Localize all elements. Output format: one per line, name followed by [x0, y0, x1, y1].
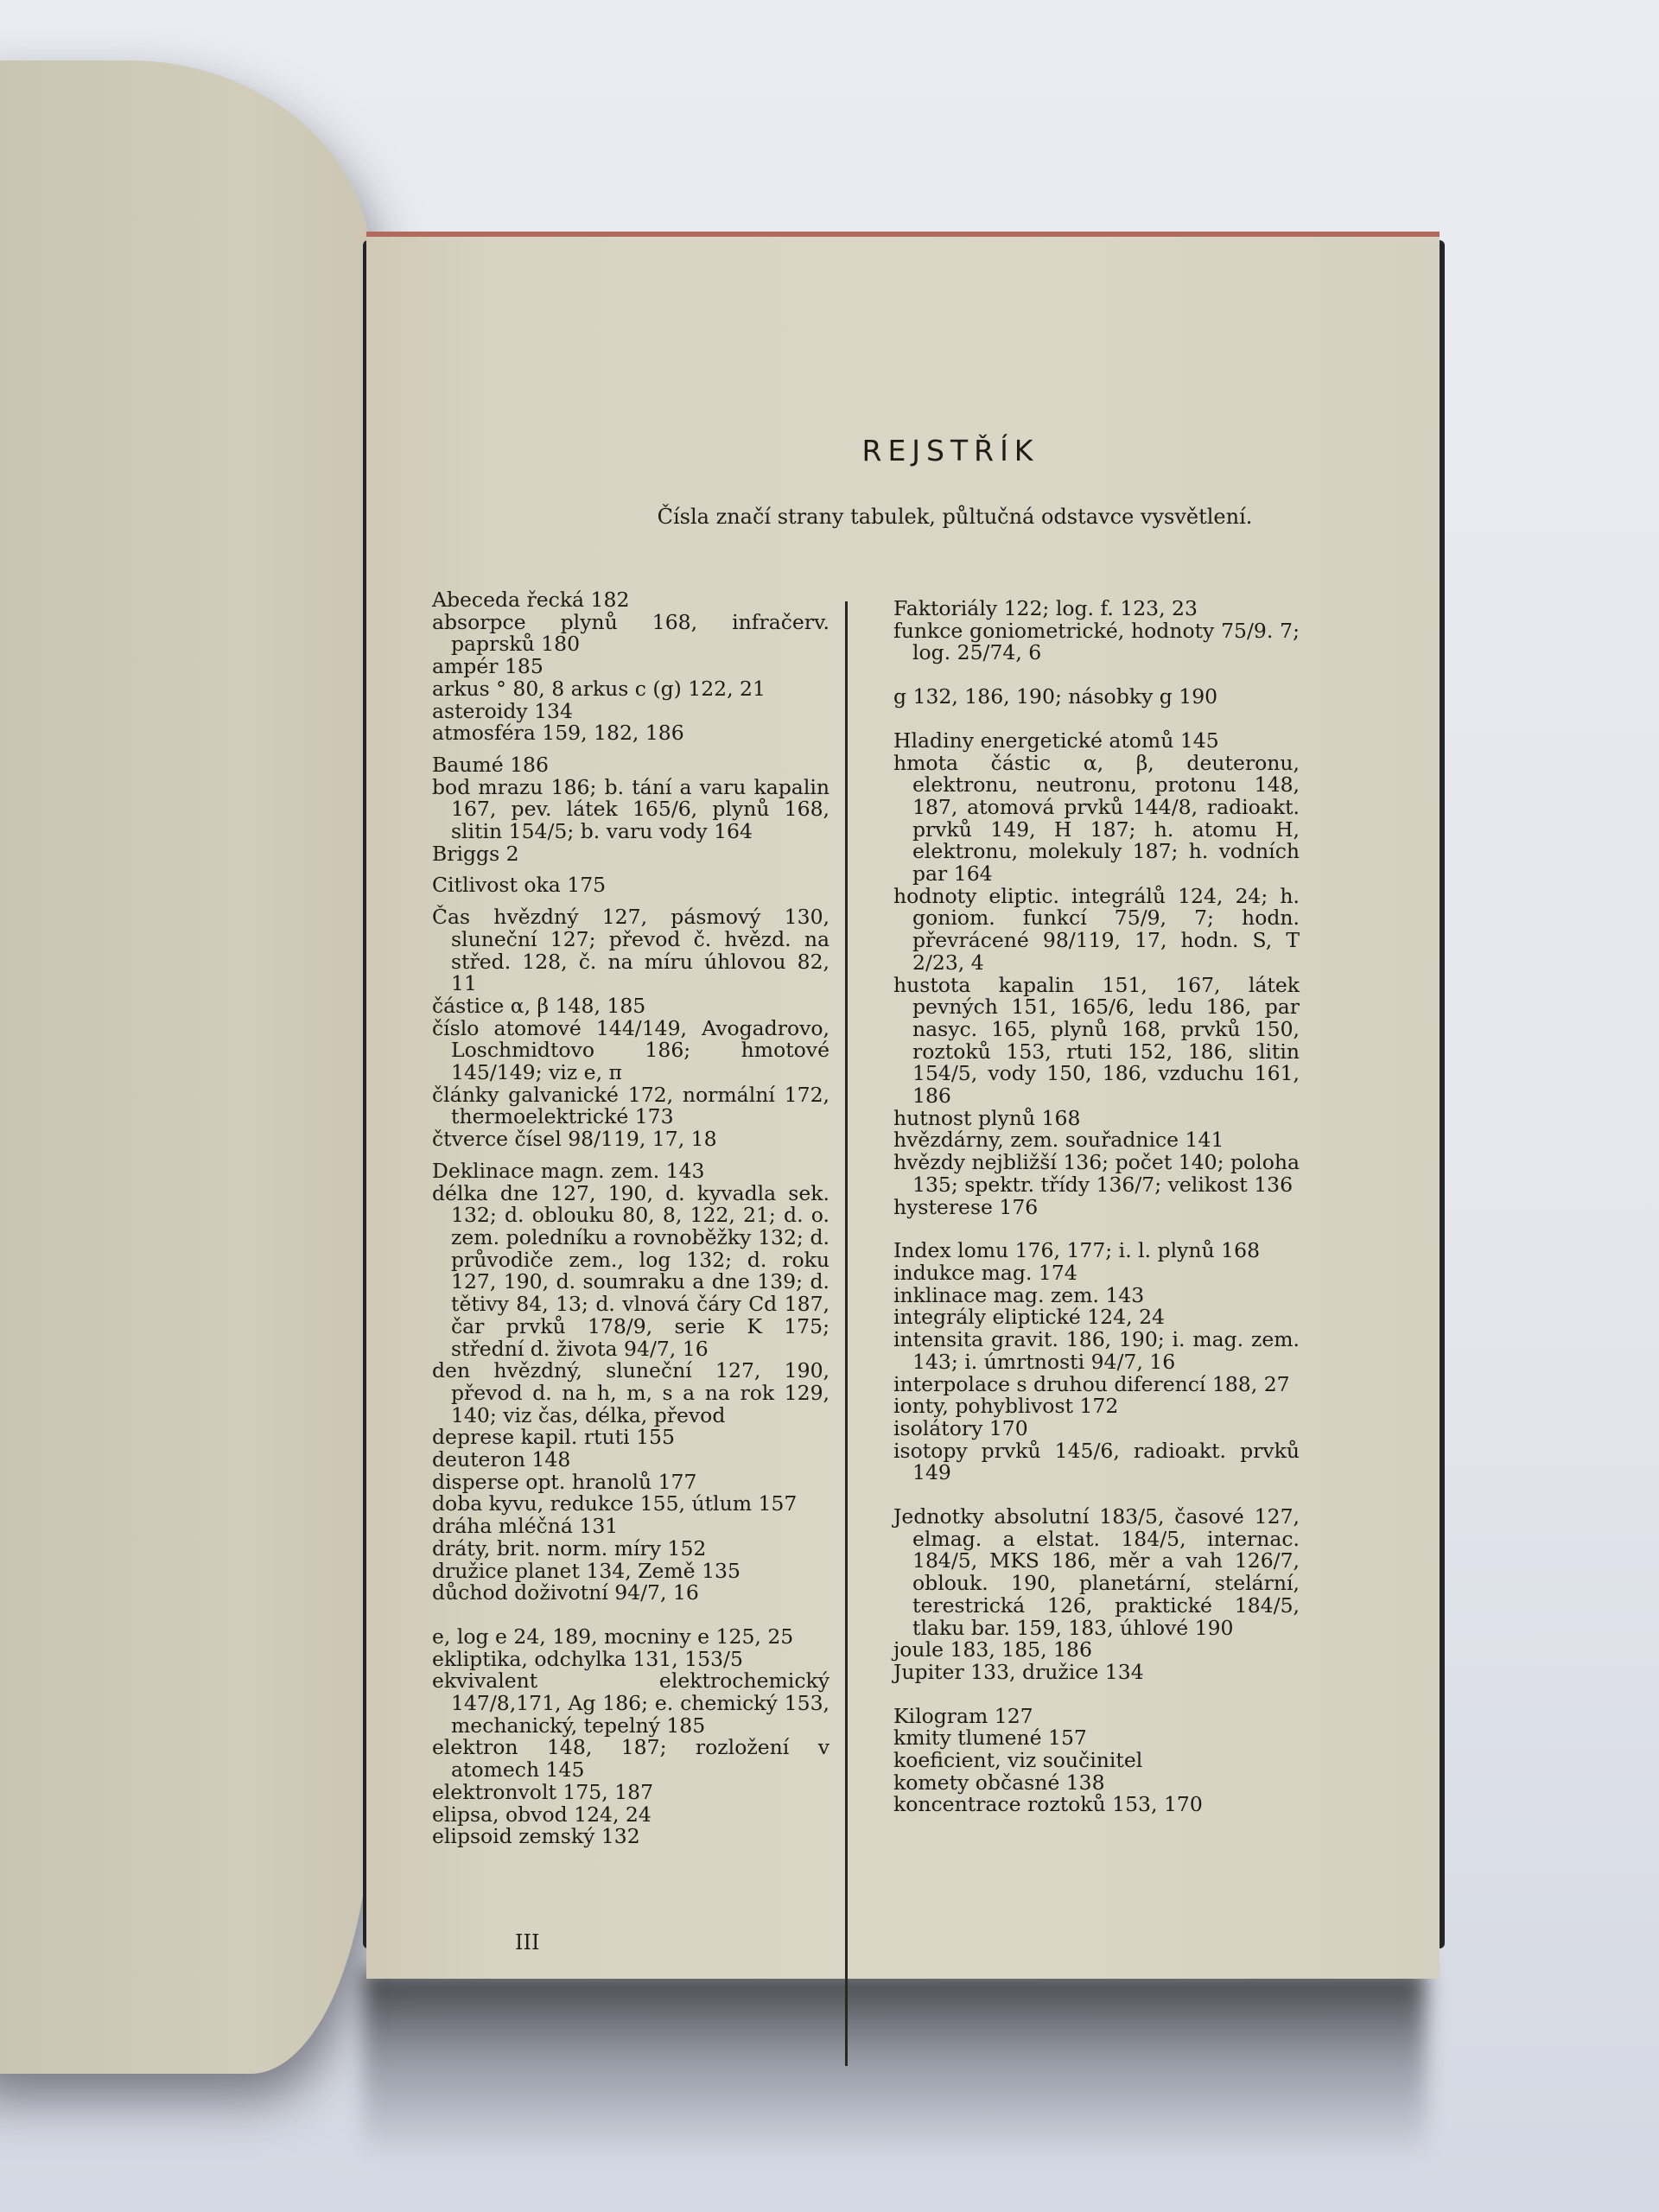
index-entry: Jednotky absolutní 183/5, časové 127, el… [893, 1506, 1300, 1639]
left-page-curl [0, 60, 372, 2074]
index-entry: Deklinace magn. zem. 143 [432, 1160, 829, 1183]
index-entry: absorpce plynů 168, infračerv. paprsků 1… [432, 612, 829, 656]
index-entry: elektron 148, 187; rozložení v atomech 1… [432, 1737, 829, 1781]
index-entry: čtverce čísel 98/119, 17, 18 [432, 1128, 829, 1151]
index-entry: komety občasné 138 [893, 1772, 1300, 1795]
index-entry: dráty, brit. norm. míry 152 [432, 1538, 829, 1560]
index-entry: den hvězdný, sluneční 127, 190, převod d… [432, 1360, 829, 1427]
index-entry: isotopy prvků 145/6, radioakt. prvků 149 [893, 1440, 1300, 1484]
index-column-left: Abeceda řecká 182absorpce plynů 168, inf… [432, 589, 829, 1848]
index-entry: částice α, β 148, 185 [432, 995, 829, 1018]
index-entry: koeficient, viz součinitel [893, 1750, 1300, 1772]
index-entry: inklinace mag. zem. 143 [893, 1285, 1300, 1307]
column-divider [845, 601, 848, 2066]
index-entry: Baumé 186 [432, 754, 829, 777]
index-entry: kmity tlumené 157 [893, 1727, 1300, 1750]
index-entry: e, log e 24, 189, mocniny e 125, 25 [432, 1626, 829, 1649]
index-entry: asteroidy 134 [432, 701, 829, 723]
index-column-right: Faktoriály 122; log. f. 123, 23funkce go… [893, 598, 1300, 1816]
index-entry: dráha mléčná 131 [432, 1516, 829, 1538]
index-entry: hvězdy nejbližší 136; počet 140; poloha … [893, 1152, 1300, 1196]
index-entry: Index lomu 176, 177; i. l. plynů 168 [893, 1240, 1300, 1262]
index-entry: disperse opt. hranolů 177 [432, 1471, 829, 1494]
index-entry: hutnost plynů 168 [893, 1108, 1300, 1130]
index-entry: Abeceda řecká 182 [432, 589, 829, 612]
index-entry: intensita gravit. 186, 190; i. mag. zem.… [893, 1329, 1300, 1373]
index-entry: hodnoty eliptic. integrálů 124, 24; h. g… [893, 886, 1300, 975]
index-entry: atmosféra 159, 182, 186 [432, 722, 829, 745]
index-entry: bod mrazu 186; b. tání a varu kapalin 16… [432, 777, 829, 843]
index-entry: hvězdárny, zem. souřadnice 141 [893, 1129, 1300, 1152]
page-number: III [515, 1930, 539, 1955]
page-title: REJSTŘÍK [366, 434, 1440, 467]
index-entry: ekvivalent elektrochemický 147/8,171, Ag… [432, 1670, 829, 1737]
index-entry: indukce mag. 174 [893, 1262, 1300, 1285]
index-page: REJSTŘÍK Čísla značí strany tabulek, půl… [366, 232, 1440, 1979]
index-entry: družice planet 134, Země 135 [432, 1560, 829, 1583]
index-entry: Citlivost oka 175 [432, 874, 829, 897]
index-entry: hustota kapalin 151, 167, látek pevných … [893, 975, 1300, 1108]
index-entry: hysterese 176 [893, 1197, 1300, 1219]
index-entry: isolátory 170 [893, 1418, 1300, 1440]
index-entry: ekliptika, odchylka 131, 153/5 [432, 1649, 829, 1671]
index-entry: deprese kapil. rtuti 155 [432, 1427, 829, 1449]
index-entry: Čas hvězdný 127, pásmový 130, sluneční 1… [432, 906, 829, 995]
index-entry: Kilogram 127 [893, 1706, 1300, 1728]
index-entry: elektronvolt 175, 187 [432, 1782, 829, 1804]
index-entry: arkus ° 80, 8 arkus c (g) 122, 21 [432, 678, 829, 701]
index-entry: elipsa, obvod 124, 24 [432, 1804, 829, 1827]
book-shadow [363, 1970, 1426, 2160]
index-entry: g 132, 186, 190; násobky g 190 [893, 686, 1300, 709]
index-entry: hmota částic α, β, deuteronu, elektronu,… [893, 753, 1300, 886]
index-entry: Jupiter 133, družice 134 [893, 1662, 1300, 1684]
index-entry: joule 183, 185, 186 [893, 1639, 1300, 1662]
index-entry: číslo atomové 144/149, Avogadrovo, Losch… [432, 1018, 829, 1084]
index-entry: Faktoriály 122; log. f. 123, 23 [893, 598, 1300, 620]
index-entry: integrály eliptické 124, 24 [893, 1306, 1300, 1329]
index-entry: ampér 185 [432, 656, 829, 678]
index-entry: funkce goniometrické, hodnoty 75/9. 7; l… [893, 620, 1300, 664]
index-entry: Briggs 2 [432, 843, 829, 866]
index-entry: Hladiny energetické atomů 145 [893, 730, 1300, 753]
index-entry: ionty, pohyblivost 172 [893, 1395, 1300, 1418]
index-entry: články galvanické 172, normální 172, the… [432, 1084, 829, 1128]
index-entry: doba kyvu, redukce 155, útlum 157 [432, 1493, 829, 1516]
index-entry: interpolace s druhou diferencí 188, 27 [893, 1374, 1300, 1396]
index-entry: důchod doživotní 94/7, 16 [432, 1582, 829, 1605]
index-entry: deuteron 148 [432, 1449, 829, 1471]
index-entry: koncentrace roztoků 153, 170 [893, 1794, 1300, 1816]
index-entry: délka dne 127, 190, d. kyvadla sek. 132;… [432, 1183, 829, 1361]
page-subtitle: Čísla značí strany tabulek, půltučná ods… [366, 505, 1440, 529]
index-entry: elipsoid zemský 132 [432, 1826, 829, 1848]
